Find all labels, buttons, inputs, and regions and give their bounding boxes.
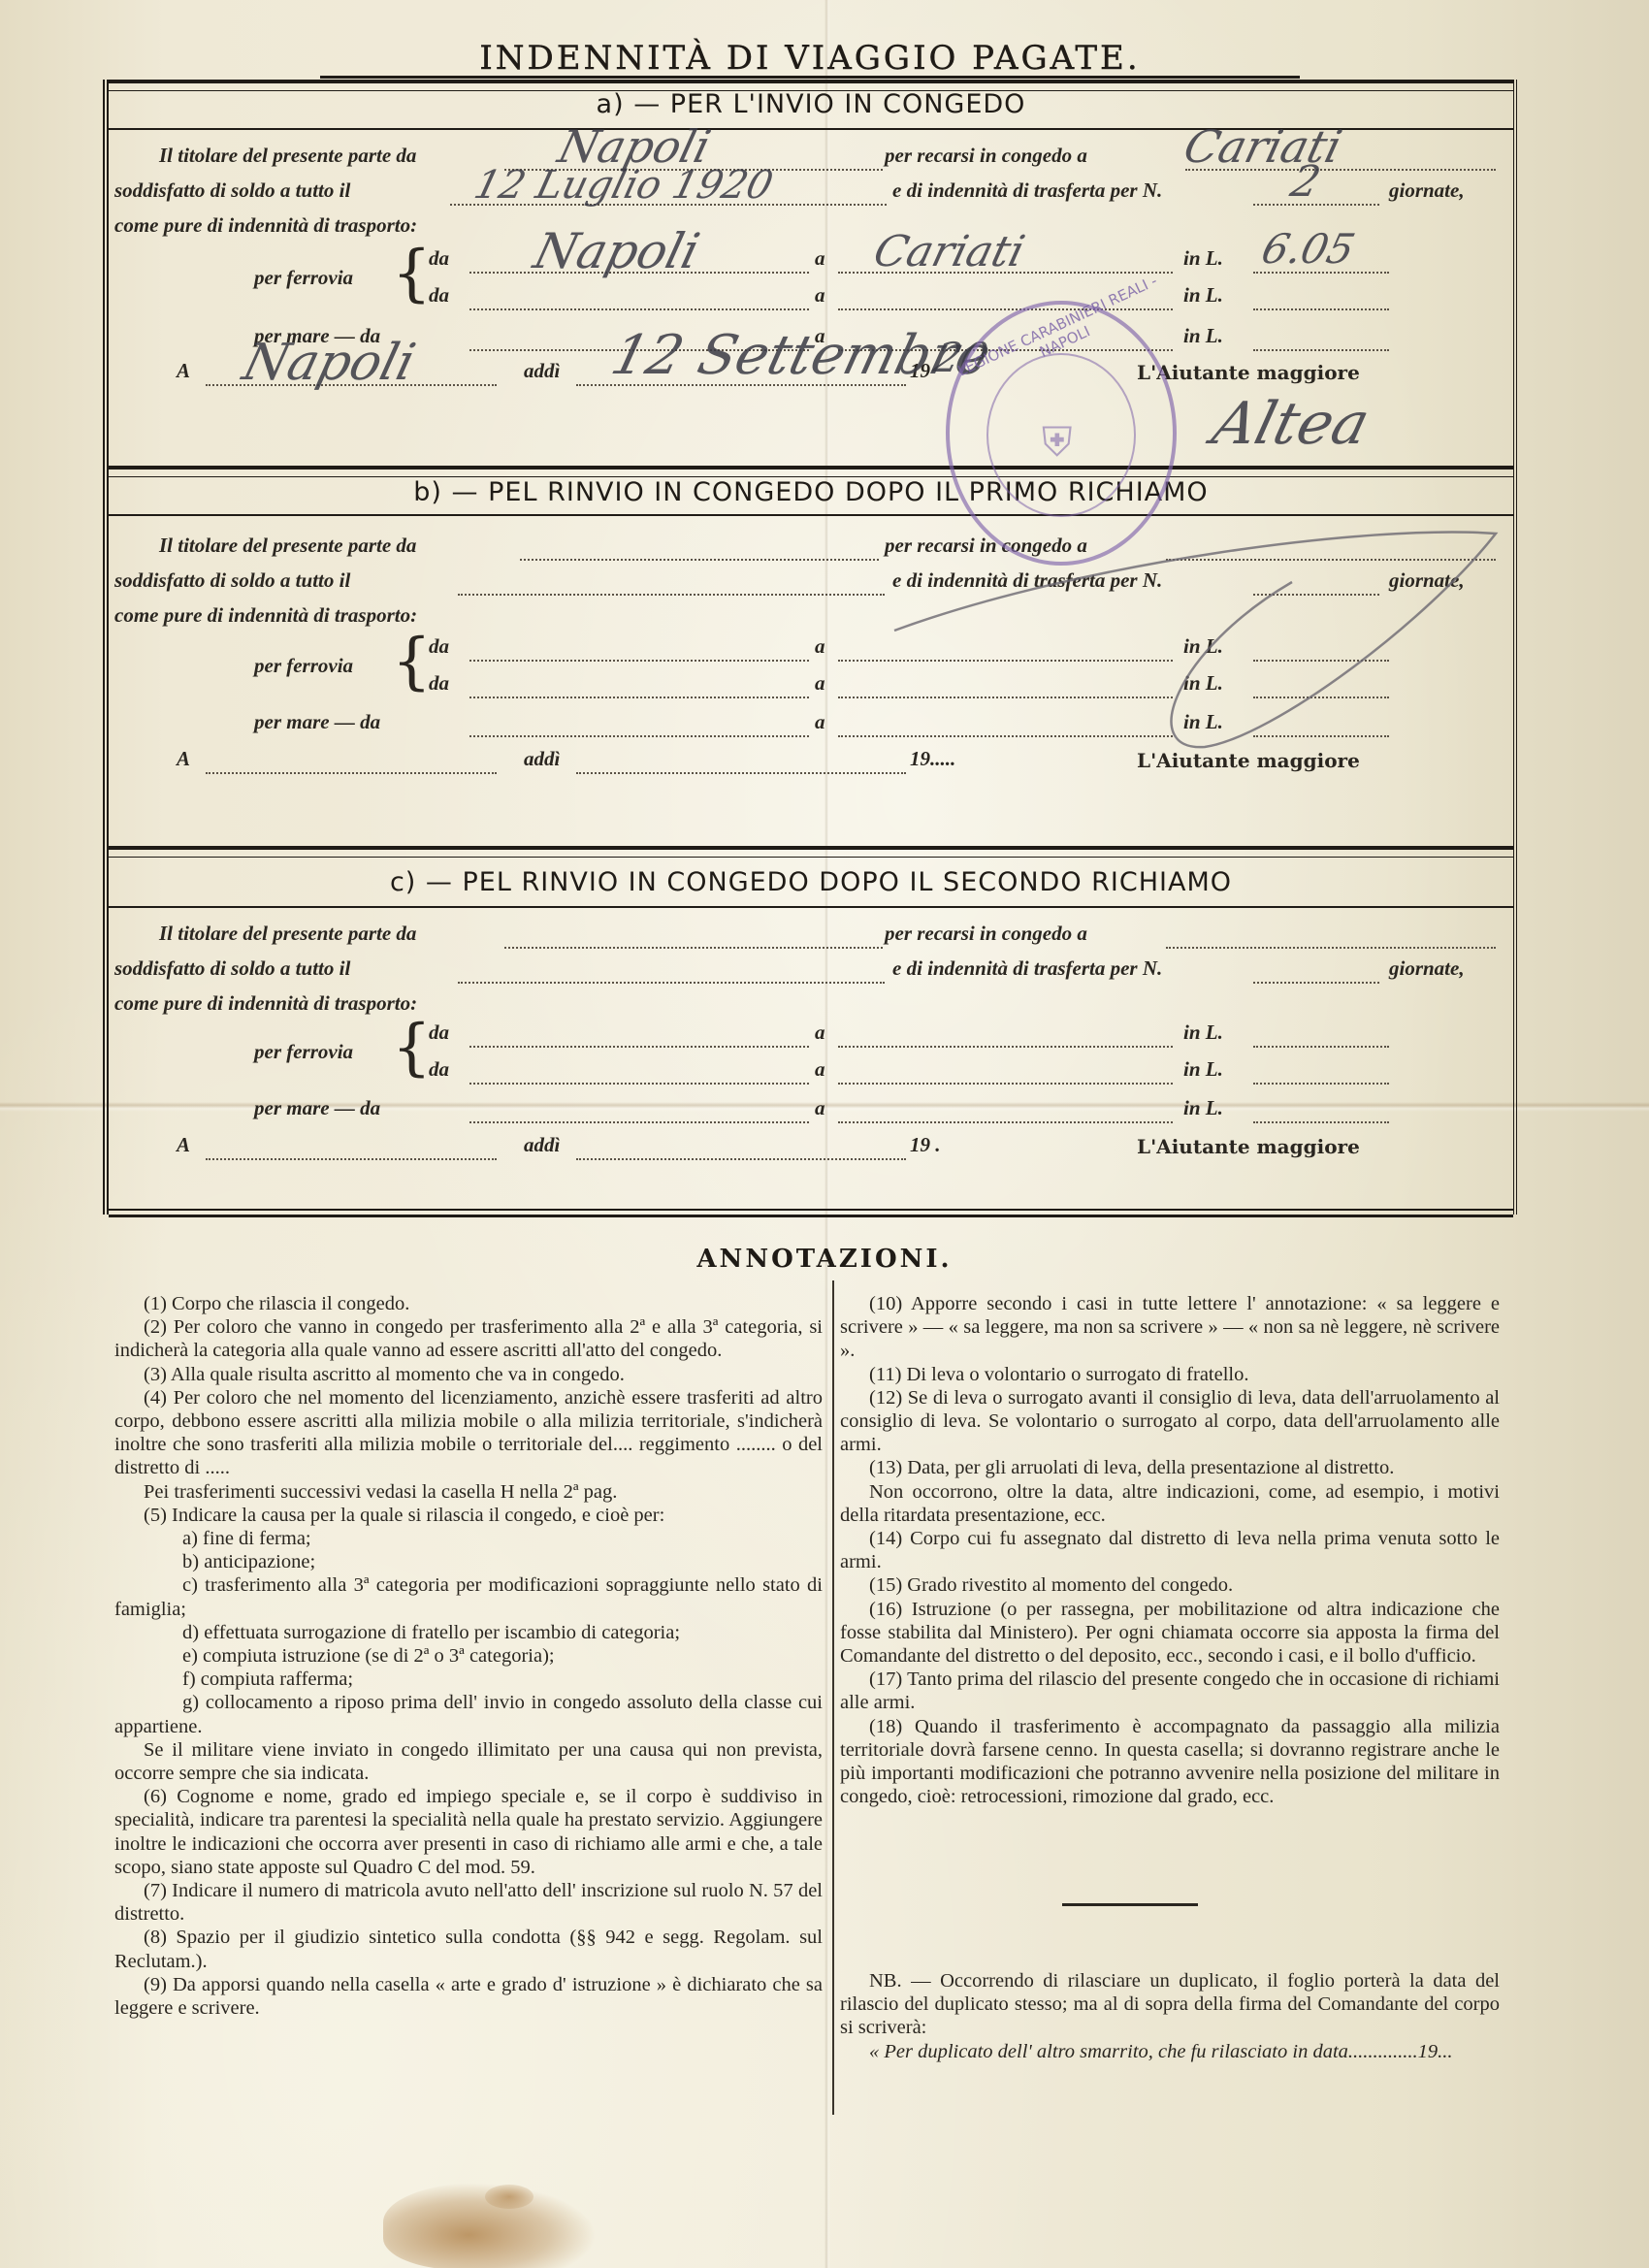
- label-per-ferrovia: per ferrovia: [254, 1040, 353, 1064]
- field-ferrovia-1-da[interactable]: [469, 660, 809, 662]
- label-addi: addì: [524, 1133, 560, 1157]
- field-mare-importo[interactable]: [1253, 1121, 1389, 1123]
- column-divider: [832, 1280, 834, 2115]
- field-ferrovia-2-da[interactable]: [469, 697, 809, 698]
- title-rule: [320, 76, 1300, 79]
- label-anno: 19 .: [910, 1133, 941, 1157]
- section-heading: c) — PEL RINVIO IN CONGEDO DOPO IL SECON…: [109, 867, 1513, 897]
- label-recarsi: per recarsi in congedo a: [885, 144, 1087, 168]
- note: (15) Grado rivestito al momento del cong…: [840, 1573, 1500, 1597]
- section-rule: [109, 1209, 1513, 1217]
- label-trasporto: come pure di indennità di trasporto:: [114, 213, 417, 238]
- section-a: a) — PER L'INVIO IN CONGEDO Il titolare …: [109, 80, 1513, 468]
- section-heading: a) — PER L'INVIO IN CONGEDO: [109, 89, 1513, 119]
- note: (9) Da apporsi quando nella casella « ar…: [114, 1973, 823, 2020]
- label-da: da: [429, 634, 449, 659]
- label-a: a: [815, 1096, 825, 1120]
- label-giornate: giornate,: [1389, 956, 1465, 981]
- field-luogo[interactable]: [206, 1158, 497, 1160]
- field-parte-da[interactable]: [520, 559, 879, 561]
- note-item: c) trasferimento alla 3ª categoria per m…: [114, 1573, 823, 1620]
- section-rule: [109, 466, 1513, 477]
- note-item: e) compiuta istruzione (se di 2ª o 3ª ca…: [114, 1644, 823, 1668]
- section-rule: [109, 846, 1513, 858]
- label-per-ferrovia: per ferrovia: [254, 266, 353, 290]
- brace: {: [392, 243, 432, 305]
- separator-rule: [1062, 1903, 1198, 1906]
- brace: {: [392, 631, 432, 693]
- handwritten-ferrovia-a: Cariati: [869, 227, 1030, 276]
- note-item: d) effettuata surrogazione di fratello p…: [114, 1621, 823, 1644]
- label-soldo: soddisfatto di soldo a tutto il: [114, 956, 350, 981]
- field-mare-a[interactable]: [838, 1121, 1173, 1123]
- field-mare-da[interactable]: [469, 735, 809, 737]
- note: (13) Data, per gli arruolati di leva, de…: [840, 1456, 1500, 1479]
- nb-text: NB. — Occorrendo di rilasciare un duplic…: [840, 1969, 1500, 2040]
- signature: Altea: [1206, 390, 1375, 458]
- note: (16) Istruzione (o per rassegna, per mob…: [840, 1598, 1500, 1669]
- handwritten-soldo-date: 12 Luglio 1920: [469, 163, 777, 208]
- label-addi: addì: [524, 747, 560, 771]
- label-per-mare: per mare — da: [254, 710, 380, 734]
- nota-bene: NB. — Occorrendo di rilasciare un duplic…: [840, 1969, 1500, 2063]
- handwritten-ferrovia-importo: 6.05: [1257, 225, 1360, 273]
- field-giornate[interactable]: [1253, 204, 1379, 206]
- brace: {: [392, 1017, 432, 1079]
- document-title: INDENNITÀ DI VIAGGIO PAGATE.: [320, 39, 1300, 78]
- field-luogo[interactable]: [206, 772, 497, 774]
- nb-quote: « Per duplicato dell' altro smarrito, ch…: [840, 2040, 1500, 2063]
- field-soldo[interactable]: [458, 594, 885, 596]
- section-heading: b) — PEL RINVIO IN CONGEDO DOPO IL PRIMO…: [109, 477, 1513, 507]
- label-trasferta: e di indennità di trasferta per N.: [892, 178, 1162, 203]
- label-in-l: in L.: [1183, 246, 1223, 271]
- label-soldo: soddisfatto di soldo a tutto il: [114, 178, 350, 203]
- stamp-inner-ring: ⛨: [986, 353, 1136, 517]
- label-da: da: [429, 1057, 449, 1082]
- note: (10) Apporre secondo i casi in tutte let…: [840, 1292, 1500, 1363]
- note: (17) Tanto prima del rilascio del presen…: [840, 1668, 1500, 1714]
- field-ferrovia-2-a[interactable]: [838, 1083, 1173, 1085]
- note: (12) Se di leva o surrogato avanti il co…: [840, 1386, 1500, 1457]
- coat-of-arms-icon: ⛨: [1042, 418, 1073, 467]
- field-parte-da[interactable]: [504, 947, 883, 949]
- label-luogo: A: [177, 359, 190, 383]
- label-luogo: A: [177, 1133, 190, 1157]
- label-in-l: in L.: [1183, 1096, 1223, 1120]
- label-a: a: [815, 671, 825, 696]
- field-ferrovia-1-importo[interactable]: [1253, 1046, 1389, 1048]
- label-in-l: in L.: [1183, 1021, 1223, 1045]
- field-ferrovia-2-da[interactable]: [469, 1083, 809, 1085]
- field-ferrovia-2-importo[interactable]: [1253, 1083, 1389, 1085]
- field-ferrovia-2-da[interactable]: [469, 308, 809, 310]
- label-a: a: [815, 1057, 825, 1082]
- label-a: a: [815, 283, 825, 308]
- label-a: a: [815, 1021, 825, 1045]
- note-item: b) anticipazione;: [114, 1550, 823, 1573]
- label-trasporto: come pure di indennità di trasporto:: [114, 991, 417, 1016]
- note: Pei trasferimenti successivi vedasi la c…: [114, 1480, 823, 1504]
- note: (6) Cognome e nome, grado ed impiego spe…: [114, 1785, 823, 1879]
- cross-out-mark: [885, 504, 1515, 757]
- section-b: b) — PEL RINVIO IN CONGEDO DOPO IL PRIMO…: [109, 466, 1513, 844]
- field-ferrovia-1-a[interactable]: [838, 1046, 1173, 1048]
- field-recarsi[interactable]: [1166, 947, 1496, 949]
- label-recarsi: per recarsi in congedo a: [885, 922, 1087, 946]
- section-rule: [109, 906, 1513, 908]
- label-da: da: [429, 671, 449, 696]
- label-da: da: [429, 283, 449, 308]
- label-parte-da: Il titolare del presente parte da: [159, 922, 416, 946]
- field-mare-da[interactable]: [469, 1121, 809, 1123]
- official-stamp: LEGIONE CARABINIERI REALI - NAPOLI ⛨: [946, 301, 1177, 566]
- annotations-left-column: (1) Corpo che rilascia il congedo. (2) P…: [114, 1292, 823, 2020]
- note: (7) Indicare il numero di matricola avut…: [114, 1879, 823, 1926]
- label-per-mare: per mare — da: [254, 1096, 380, 1120]
- note: (11) Di leva o volontario o surrogato di…: [840, 1363, 1500, 1386]
- label-giornate: giornate,: [1389, 178, 1465, 203]
- label-a: a: [815, 634, 825, 659]
- label-parte-da: Il titolare del presente parte da: [159, 534, 416, 558]
- label-a: a: [815, 710, 825, 734]
- label-per-ferrovia: per ferrovia: [254, 654, 353, 678]
- note: (14) Corpo cui fu assegnato dal distrett…: [840, 1527, 1500, 1573]
- label-parte-da: Il titolare del presente parte da: [159, 144, 416, 168]
- label-aiutante-maggiore: L'Aiutante maggiore: [1137, 361, 1360, 384]
- note-item: g) collocamento a riposo prima dell' inv…: [114, 1691, 823, 1737]
- field-ferrovia-2-importo[interactable]: [1253, 308, 1389, 310]
- form-box: a) — PER L'INVIO IN CONGEDO Il titolare …: [103, 80, 1517, 1215]
- label-da: da: [429, 246, 449, 271]
- note: (1) Corpo che rilascia il congedo.: [114, 1292, 823, 1315]
- field-mare-importo[interactable]: [1253, 349, 1389, 351]
- note: (4) Per coloro che nel momento del licen…: [114, 1386, 823, 1480]
- field-ferrovia-1-da[interactable]: [469, 1046, 809, 1048]
- handwritten-ferrovia-da: Napoli: [529, 223, 705, 279]
- annotations-title: ANNOTAZIONI.: [630, 1245, 1018, 1274]
- label-a: a: [815, 246, 825, 271]
- note-item: f) compiuta rafferma;: [114, 1668, 823, 1691]
- label-in-l: in L.: [1183, 324, 1223, 348]
- label-luogo: A: [177, 747, 190, 771]
- note: (3) Alla quale risulta ascritto al momen…: [114, 1363, 823, 1386]
- label-in-l: in L.: [1183, 283, 1223, 308]
- section-c: c) — PEL RINVIO IN CONGEDO DOPO IL SECON…: [109, 846, 1513, 1215]
- note: (18) Quando il trasferimento è accompagn…: [840, 1715, 1500, 1809]
- field-data[interactable]: [576, 772, 906, 774]
- stain: [485, 2185, 533, 2209]
- label-aiutante-maggiore: L'Aiutante maggiore: [1137, 1135, 1360, 1158]
- note: Non occorrono, oltre la data, altre indi…: [840, 1480, 1500, 1527]
- label-da: da: [429, 1021, 449, 1045]
- label-trasporto: come pure di indennità di trasporto:: [114, 603, 417, 628]
- note: Se il militare viene inviato in congedo …: [114, 1738, 823, 1785]
- label-in-l: in L.: [1183, 1057, 1223, 1082]
- handwritten-luogo: Napoli: [238, 334, 421, 392]
- label-addi: addì: [524, 359, 560, 383]
- note: (5) Indicare la causa per la quale si ri…: [114, 1504, 823, 1527]
- annotations-right-column: (10) Apporre secondo i casi in tutte let…: [840, 1292, 1500, 1808]
- note: (2) Per coloro che vanno in congedo per …: [114, 1315, 823, 1362]
- field-giornate[interactable]: [1253, 982, 1379, 984]
- label-soldo: soddisfatto di soldo a tutto il: [114, 568, 350, 593]
- field-soldo[interactable]: [458, 982, 885, 984]
- note: (8) Spazio per il giudizio sintetico sul…: [114, 1926, 823, 1972]
- label-trasferta: e di indennità di trasferta per N.: [892, 956, 1162, 981]
- note-item: a) fine di ferma;: [114, 1527, 823, 1550]
- field-data[interactable]: [576, 1158, 906, 1160]
